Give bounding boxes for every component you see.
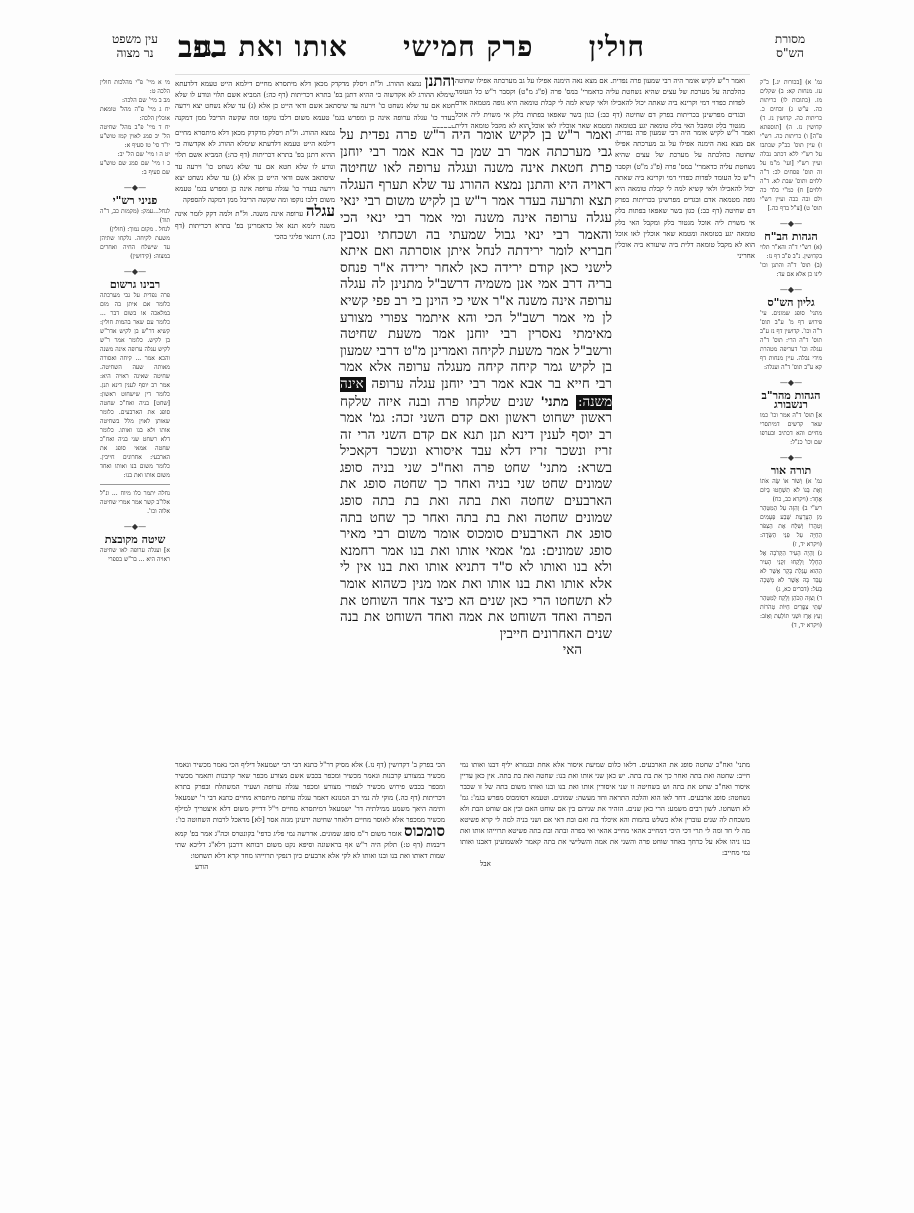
header-rule	[175, 74, 750, 75]
footnote-rule	[100, 484, 170, 485]
rashi-catchword: אבל	[460, 859, 750, 870]
torah-or-verse: גמ' א) וְשׁוֹר אוֹ שֶׂה אֹתוֹ וְאֶת בְּנ…	[760, 477, 822, 504]
tosafot-column-side: נמצא ההורג. ול"ת ויסלק מדקדק מכאן דלא מי…	[175, 128, 335, 758]
torah-or-title: תורה אור	[760, 466, 822, 475]
ein-entry: יט ה ו מיי' שם הל' יב:	[100, 150, 170, 159]
tosafot-agla-head: עגלה	[306, 202, 335, 220]
gilyon-text: מתני' סופג שמונים. עי' פירוש דף מ' ע"ב ת…	[760, 309, 822, 372]
rashi-text-side: ואמר ר"ש לקיש אומר היה רבי שמעון פרה נפד…	[615, 128, 755, 262]
bach-note: (ב) תוס' ד"ה והתנן וכו' לינו כן אלא אם ע…	[760, 261, 822, 279]
tosafot-agla: עגלה ערופה אינה משנה. ול"ת ולמה דקק לומר…	[175, 206, 335, 243]
rashi-column: ואמר ר"ש לקיש אומר היה רבי שמעון פרה נפד…	[455, 76, 745, 128]
penei-rashi-title: פניני רש"י	[100, 196, 170, 205]
penei-rashi-entry: לנחל...עמק: (מקמות כב, ד"ה תוד)	[100, 207, 170, 225]
gemara-end-word: האי	[340, 643, 612, 660]
title-chapter-name: אותו ואת בנו	[195, 30, 348, 64]
torah-or-verse: ג) וְהָיָה הָעִיר הַקְּרֹבָה אֶל הֶחָלָל…	[760, 549, 822, 594]
page-title: חולין פרק חמישי אותו ואת בנו	[195, 30, 645, 64]
mishna-label: מתני'	[541, 394, 569, 410]
penei-rashi-entry: משעת לקיחה. נלקחו שתיהן עד שישלח החיה וא…	[100, 234, 170, 261]
title-tractate: חולין	[589, 30, 645, 64]
ein-mishpat-column: מי א מיי' פ"י מהלכות חולין הלכה ט: מב ב …	[100, 78, 170, 564]
gemara-text: ואמר ר"ש בן לקיש אומר היה ר"ש פרה נפדית …	[340, 128, 612, 660]
divider-ornament: —◆—	[760, 378, 822, 387]
divider-ornament: —◆—	[100, 522, 170, 531]
rabenu-gershom-title: רבינו גרשום	[100, 280, 170, 289]
rashi-text-top: ואמר ר"ש לקיש אומר היה רבי שמעון פרה נפד…	[455, 76, 745, 128]
gemara-continued: שנים שלקחו פרה ובנה איזה שלקח ראשון ישחו…	[340, 395, 612, 642]
ein-entry: יח ד מיי' פ"ב מהל' שחיטה הל' יב סמג לאוי…	[100, 123, 170, 150]
shita-title: שיטה מקובצת	[100, 535, 170, 544]
rashi-bottom: מתני' ואח"כ שחטה סופג את הארבעים. דלאו כ…	[460, 760, 750, 870]
bach-note: (א) רש"י ד"ה והא"ר תלוי בקדושין. נ"ב פ"ב…	[760, 243, 822, 261]
tosafot-bottom-text: הכי בפרק ב' דקדושין (דף נז.) אלא מסיק דר…	[175, 760, 445, 826]
ein-entry: מב ב מיי' שם הלכה:	[100, 96, 170, 105]
tosafot-text-side: נמצא ההורג. ול"ת ויסלק מדקדק מכאן דלא מי…	[175, 128, 335, 206]
tosafot-somchos: סומכוס אומר משום ר"מ סופג שמונים. אדרשה …	[175, 826, 445, 862]
ein-entry: יח ג מיי' פ"ה מהל' טומאת אוכלין הלכה:	[100, 105, 170, 123]
mesoret-hashas-column: גמ' א) [בכורות יג.] כ"ק עז. מנחות קא: ב)…	[760, 78, 822, 630]
rabenu-gershom-text: פרה נפדית על גבי מערכתה כלומר אם איתן בה…	[100, 291, 170, 480]
divider-ornament: —◆—	[760, 219, 822, 228]
gemara-main: ואמר ר"ש בן לקיש אומר היה ר"ש פרה נפדית …	[340, 128, 612, 392]
mesoret-label: מסורת הש"ס	[760, 32, 820, 60]
ein-mishpat-label: עין משפט נר מצוה	[100, 32, 170, 60]
torah-or-verse: רש"י ב) וְהִזָּה עַל הַמִּטַּהֵר מִן הַצ…	[760, 504, 822, 549]
penei-rashi-entry: לנחל . מקום נמוך: (חולין)	[100, 225, 170, 234]
torah-or-verse: ד) וְצִוָּה הַכֹּהֵן וְלָקַח לַמִּטַּהֵר…	[760, 594, 822, 630]
ein-entry: מי א מיי' פ"י מהלכות חולין הלכה ט:	[100, 78, 170, 96]
bach-title: הגהות הב"ח	[760, 232, 822, 241]
divider-ornament: —◆—	[760, 453, 822, 462]
maharab-title: הגהות מהר"ב רנשבורג	[760, 391, 822, 409]
mesoret-entries: גמ' א) [בכורות יג.] כ"ק עז. מנחות קא: ב)…	[760, 78, 822, 213]
footnote-text: נחלה יתמר כלו מיוח ... ונ"ל אלו"ב קשר אמ…	[100, 489, 170, 516]
rashi-bottom-text: מתני' ואח"כ שחטה סופג את הארבעים. דלאו כ…	[460, 760, 750, 859]
maharab-text: א] תוס' ד"ה אמר וכו' כמו שאר קדשים דמיתס…	[760, 411, 822, 447]
tosafot-bottom: הכי בפרק ב' דקדושין (דף נז.) אלא מסיק דר…	[175, 760, 445, 873]
divider-ornament: —◆—	[760, 285, 822, 294]
tosafot-somchos-head: סומכוס	[404, 822, 445, 840]
page-header: עין משפט נר מצוה פב. חולין פרק חמישי אות…	[0, 30, 914, 70]
tosafot-text: נמצא ההורג. ול"ת ויסלק מדקדק מכאן דלא מי…	[175, 80, 455, 128]
divider-ornament: —◆—	[100, 183, 170, 192]
tosafot-column: והתנן נמצא ההורג. ול"ת ויסלק מדקדק מכאן …	[175, 76, 455, 128]
tosafot-lead-word: והתנן	[425, 76, 455, 90]
ein-entry: כ ו מיי' שם סמג שם טוש"ע שם סעיף ב:	[100, 159, 170, 177]
tosafot-catchword: הורע	[175, 862, 445, 873]
title-chapter: פרק חמישי	[403, 30, 533, 64]
tosafot-text-top: והתנן נמצא ההורג. ול"ת ויסלק מדקדק מכאן …	[175, 76, 455, 128]
gilyon-title: גליון הש"ס	[760, 298, 822, 307]
divider-ornament: —◆—	[100, 267, 170, 276]
shita-text: א] ועגלה ערופה לאו שחיטה ראויה היא ... ב…	[100, 546, 170, 564]
rashi-column-side: ואמר ר"ש לקיש אומר היה רבי שמעון פרה נפד…	[615, 128, 755, 758]
